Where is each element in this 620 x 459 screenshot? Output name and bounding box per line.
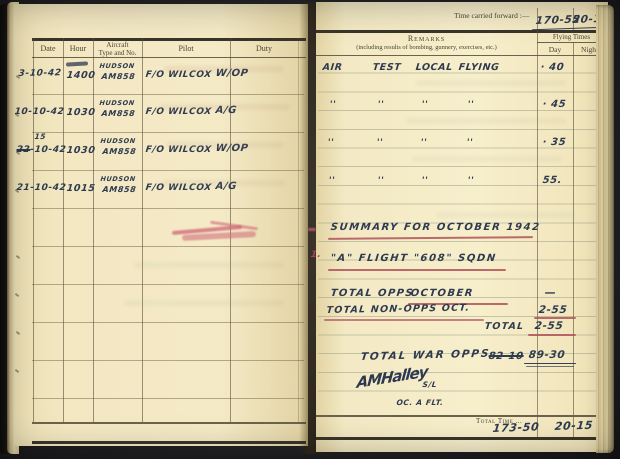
remarks-header: Remarks bbox=[316, 34, 537, 43]
total-non-opps-value: 2-55 bbox=[538, 304, 568, 316]
signature-role: OC. A FLT. bbox=[396, 398, 444, 407]
remark-word: TEST bbox=[372, 62, 402, 73]
pilot-name: F/O WILCOX bbox=[145, 70, 212, 80]
logbook-photo: Date Hour Aircraft Type and No. Pilot Du… bbox=[0, 0, 620, 459]
col-line bbox=[93, 38, 94, 422]
ditto-mark: '' bbox=[327, 138, 335, 148]
col-header-hour: Hour bbox=[63, 44, 93, 53]
day-time: · 45 bbox=[542, 99, 567, 110]
aircraft-type: HUDSON bbox=[100, 137, 136, 145]
log-date: 10-10-42 bbox=[14, 107, 65, 117]
grand-total-value: 2-55 bbox=[534, 320, 564, 332]
ditto-mark: '' bbox=[328, 176, 336, 186]
log-hour: 1400 bbox=[66, 70, 96, 81]
log-hour: 1030 bbox=[66, 107, 96, 118]
ditto-mark: '' bbox=[467, 176, 475, 186]
remark-word: LOCAL bbox=[415, 62, 453, 73]
red-margin-tick bbox=[308, 228, 316, 231]
summary-flight: "A" FLIGHT "608" SQDN bbox=[330, 253, 497, 264]
table-top-rule bbox=[32, 38, 306, 41]
col-line bbox=[63, 38, 64, 422]
day-column-header: Day bbox=[537, 45, 573, 54]
table-bottom-rule bbox=[32, 441, 306, 444]
log-date: 3-10-42 bbox=[18, 68, 62, 79]
margin-tick bbox=[15, 369, 19, 373]
ditto-mark: '' bbox=[329, 100, 337, 110]
aircraft-type: HUDSON bbox=[100, 175, 136, 183]
ditto-mark: '' bbox=[377, 100, 385, 110]
log-hour: 1015 bbox=[66, 183, 96, 194]
red-underline bbox=[528, 334, 576, 336]
col-line bbox=[142, 38, 143, 422]
aircraft-number: AM858 bbox=[102, 185, 137, 194]
aircraft-type: HUDSON bbox=[99, 62, 135, 70]
total-time-day: 173-50 bbox=[492, 420, 540, 435]
total-opps-month: OCTOBER bbox=[410, 288, 474, 299]
grand-total-label: TOTAL bbox=[484, 321, 525, 332]
date-rest: -10-42 bbox=[30, 145, 67, 155]
ditto-mark: '' bbox=[376, 138, 384, 148]
col-header-pilot: Pilot bbox=[142, 44, 230, 53]
aircraft-type: HUDSON bbox=[99, 99, 135, 107]
day-time: · 40 bbox=[540, 62, 565, 73]
margin-tick bbox=[16, 331, 20, 335]
margin-tick bbox=[15, 293, 19, 297]
total-row-rule bbox=[32, 422, 306, 424]
ditto-mark: '' bbox=[466, 138, 474, 148]
remarks-subheader: (including results of bombing, gunnery, … bbox=[316, 44, 537, 51]
ditto-mark: '' bbox=[377, 176, 385, 186]
col-header-aircraft-1: Aircraft bbox=[93, 41, 142, 49]
margin-note-red: 1. bbox=[310, 250, 322, 260]
table-bottom-rule bbox=[316, 437, 608, 440]
time-carried-forward-label: Time carried forward :— bbox=[454, 11, 529, 20]
date-correction: 15 bbox=[34, 132, 47, 141]
col-line bbox=[537, 30, 538, 437]
col-header-date: Date bbox=[33, 44, 63, 53]
ditto-mark: '' bbox=[421, 100, 429, 110]
aircraft-number: AM858 bbox=[101, 72, 136, 81]
right-page-edge-stack bbox=[596, 5, 614, 453]
col-line bbox=[573, 42, 574, 437]
ditto-mark: '' bbox=[420, 138, 428, 148]
pilot-name: F/O WILCOX bbox=[145, 183, 212, 193]
signature-rank: S/L bbox=[422, 380, 438, 389]
log-date: 22-10-42 bbox=[16, 145, 67, 155]
aircraft-number: AM858 bbox=[101, 109, 136, 118]
day-time: · 35 bbox=[542, 137, 567, 148]
remark-word: AIR bbox=[322, 62, 343, 73]
war-opps-struck-value: 82-10 bbox=[488, 351, 524, 362]
total-opps-value: — bbox=[544, 286, 557, 299]
log-date: 21-10-42 bbox=[16, 183, 67, 193]
duty: A/G bbox=[215, 181, 238, 192]
red-underline bbox=[534, 317, 576, 319]
col-line bbox=[230, 38, 231, 422]
war-opps-value: 89-30 bbox=[528, 349, 566, 361]
total-row-rule bbox=[316, 415, 608, 417]
log-hour: 1030 bbox=[66, 145, 96, 156]
col-line bbox=[33, 38, 34, 422]
duty: W/OP bbox=[215, 68, 249, 79]
remark-word: FLYING bbox=[458, 62, 500, 73]
ditto-mark: '' bbox=[421, 176, 429, 186]
duty: A/G bbox=[215, 105, 238, 116]
day-time: 55. bbox=[542, 175, 563, 186]
margin-tick bbox=[16, 255, 20, 259]
red-underline bbox=[324, 319, 484, 321]
total-opps-label: TOTAL OPPS bbox=[330, 288, 414, 299]
summary-title: SUMMARY FOR OCTOBER 1942 bbox=[330, 222, 541, 233]
pilot-name: F/O WILCOX bbox=[145, 107, 212, 117]
pilot-name: F/O WILCOX bbox=[145, 145, 212, 155]
right-page: Time carried forward :— 170-55 20-15 Rem… bbox=[316, 2, 608, 452]
aircraft-number: AM858 bbox=[102, 147, 137, 156]
total-time-night: 20-15 bbox=[554, 419, 594, 433]
red-underline bbox=[328, 269, 506, 271]
col-header-aircraft-2: Type and No. bbox=[93, 49, 142, 57]
ditto-mark: '' bbox=[467, 100, 475, 110]
left-page: Date Hour Aircraft Type and No. Pilot Du… bbox=[14, 4, 308, 446]
col-header-duty: Duty bbox=[230, 44, 298, 53]
duty: W/OP bbox=[215, 143, 249, 154]
